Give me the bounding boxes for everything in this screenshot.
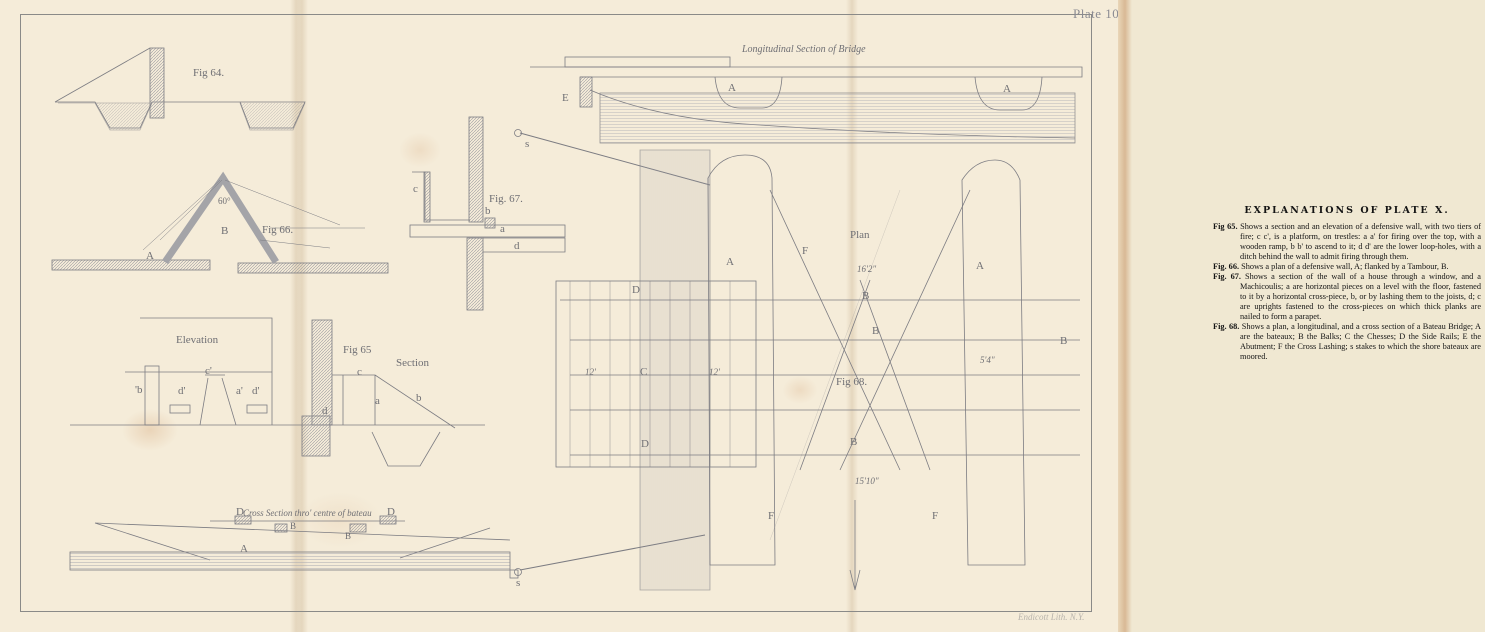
fig-66-label-b: B: [221, 225, 228, 237]
balk-label-2: B: [872, 325, 879, 337]
fig-64-drawing: [55, 48, 305, 130]
bateau-label-1: A: [728, 82, 736, 94]
entry-fig-label: Fig 65.: [1213, 222, 1238, 231]
fig-65-label-d2: d': [252, 385, 259, 397]
entry-fig-label: Fig. 67.: [1213, 272, 1241, 281]
fig-67-label-d: d: [514, 240, 520, 252]
balk-label-1: B: [862, 290, 869, 302]
dim-span-lower: 15'10": [855, 476, 879, 486]
cross-section-d-right: D: [387, 506, 395, 518]
longitudinal-section-drawing: [530, 57, 1082, 143]
balk-label-3: B: [1060, 335, 1067, 347]
engraved-plate: Plate 10 Fig 64. Fig 66. 60° A B Fig. 67…: [0, 0, 1130, 632]
chess-label: C: [640, 366, 647, 378]
cross-section-b2: B: [345, 531, 351, 541]
fig-65-section-label: Section: [396, 357, 429, 369]
fig-67-label-b: b: [485, 205, 491, 217]
lashing-label-1: F: [802, 245, 808, 257]
entry-text: Shows a section and an elevation of a de…: [1240, 222, 1481, 261]
fig-67-title: Fig. 67.: [489, 193, 523, 205]
cross-section-title: Cross Section thro' centre of bateau: [243, 508, 372, 518]
plan-bateau-left: A: [726, 256, 734, 268]
fig-65-label-a: a: [375, 395, 380, 407]
fig-66-angle: 60°: [218, 196, 231, 206]
stake-label: s: [525, 138, 529, 150]
entry-text: Shows a section of the wall of a house t…: [1240, 272, 1481, 321]
explanation-entry: Fig 65. Shows a section and an elevation…: [1213, 222, 1481, 262]
bateau-label-2: A: [1003, 83, 1011, 95]
side-rail-bottom: D: [641, 438, 649, 450]
fig-66-label-a: A: [146, 250, 154, 262]
explanations-heading: EXPLANATIONS OF PLATE X.: [1213, 205, 1481, 216]
fig-65-drawing: [70, 318, 485, 466]
fig-68-title: Fig 68.: [836, 376, 867, 388]
fig-65-label-d1: d': [178, 385, 185, 397]
fig-65-label-b: 'b: [135, 384, 142, 396]
entry-fig-label: Fig. 68.: [1213, 322, 1239, 331]
dim-chess-left: 12': [585, 367, 596, 377]
plate-number: Plate 10: [1073, 6, 1119, 22]
balk-label-4: B: [850, 436, 857, 448]
fig-67-label-c: c: [413, 183, 418, 195]
longitudinal-section-title: Longitudinal Section of Bridge: [742, 44, 866, 55]
cross-section-d-left: D: [236, 506, 244, 518]
fig-67-label-a: a: [500, 223, 505, 235]
explanation-entry: Fig. 68. Shows a plan, a longitudinal, a…: [1213, 322, 1481, 362]
cross-section-b1: B: [290, 521, 296, 531]
dim-span-upper: 16'2": [857, 264, 876, 274]
fig-66-title: Fig 66.: [262, 224, 293, 236]
fig-65-label-b-section: b: [416, 392, 422, 404]
fig-65-label-a-prime: a': [236, 385, 243, 397]
page-edge: [1118, 0, 1132, 632]
fig-65-label-c: c: [357, 366, 362, 378]
cross-section-s: s: [516, 577, 520, 589]
lashing-label-3: F: [932, 510, 938, 522]
lashing-label-2: F: [768, 510, 774, 522]
dim-gap-right: 5'4": [980, 355, 995, 365]
engraver-signature: Endicott Lith. N.Y.: [1018, 612, 1084, 622]
fig-68-plan-drawing: [515, 150, 1081, 590]
fig-66-drawing: [52, 178, 388, 273]
fig-65-label-d: d: [322, 405, 328, 417]
entry-text: Shows a plan, a longitudinal, and a cros…: [1240, 322, 1481, 361]
explanation-entry: Fig. 67. Shows a section of the wall of …: [1213, 272, 1481, 322]
entry-text: Shows a plan of a defensive wall, A; fla…: [1241, 262, 1448, 271]
side-rail-top: D: [632, 284, 640, 296]
dim-chess-right: 12': [709, 367, 720, 377]
entry-fig-label: Fig. 66.: [1213, 262, 1239, 271]
abutment-label: E: [562, 92, 569, 104]
fig-65-elevation-label: Elevation: [176, 334, 218, 346]
fig-65-title: Fig 65: [343, 344, 371, 356]
explanation-entry: Fig. 66. Shows a plan of a defensive wal…: [1213, 262, 1481, 272]
cross-section-a: A: [240, 543, 248, 555]
plan-label: Plan: [850, 229, 870, 241]
explanations-panel: EXPLANATIONS OF PLATE X. Fig 65. Shows a…: [1213, 205, 1481, 362]
plan-bateau-right: A: [976, 260, 984, 272]
fig-65-label-c-prime: c': [205, 365, 212, 377]
fig-64-title: Fig 64.: [193, 67, 224, 79]
